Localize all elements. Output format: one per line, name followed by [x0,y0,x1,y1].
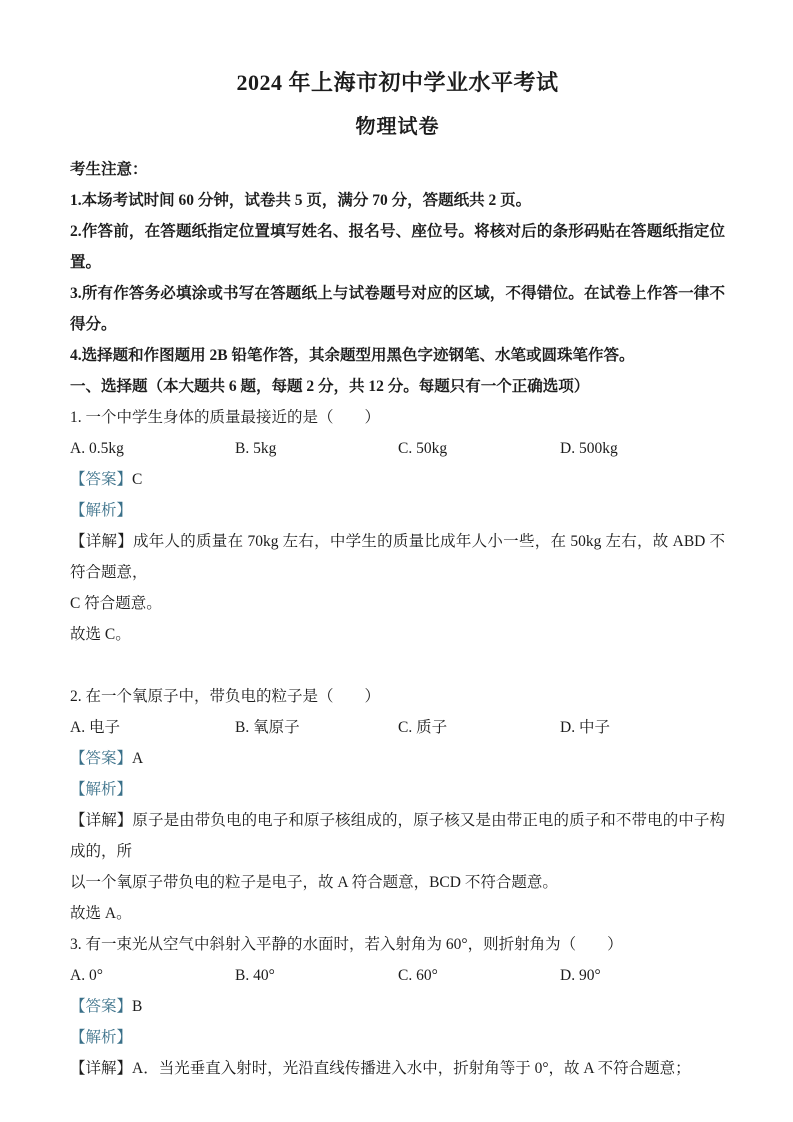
question-1-option-c: C. 50kg [398,433,560,464]
question-1-option-a: A. 0.5kg [70,433,235,464]
question-3-stem: 3. 有一束光从空气中斜射入平静的水面时，若入射角为 60°，则折射角为（ ） [70,929,725,960]
section-heading: 一、选择题（本大题共 6 题，每题 2 分，共 12 分。每题只有一个正确选项） [70,371,725,402]
question-2-explanation: 【详解】原子是由带负电的电子和原子核组成的，原子核又是由带正电的质子和不带电的中… [70,805,725,929]
question-2-option-c: C. 质子 [398,712,560,743]
explanation-line: 【详解】原子是由带负电的电子和原子核组成的，原子核又是由带正电的质子和不带电的中… [70,805,725,867]
explanation-line: 故选 A。 [70,898,725,929]
question-3-option-b: B. 40° [235,960,398,991]
analysis-label: 【解析】 [70,781,132,798]
question-3-option-c: C. 60° [398,960,560,991]
notice-item-2: 2.作答前，在答题纸指定位置填写姓名、报名号、座位号。将核对后的条形码贴在答题纸… [70,216,725,278]
question-3-answer-line: 【答案】B [70,991,725,1022]
page-title: 2024 年上海市初中学业水平考试 [70,68,725,98]
question-3-explanation: 【详解】A．当光垂直入射时，光沿直线传播进入水中，折射角等于 0°，故 A 不符… [70,1053,725,1084]
question-2-option-b: B. 氧原子 [235,712,398,743]
question-1-option-b: B. 5kg [235,433,398,464]
explanation-line: 【详解】成年人的质量在 70kg 左右，中学生的质量比成年人小一些，在 50kg… [70,526,725,588]
page-subtitle: 物理试卷 [70,112,725,142]
question-1-stem: 1. 一个中学生身体的质量最接近的是（ ） [70,402,725,433]
notice-section: 考生注意： 1.本场考试时间 60 分钟，试卷共 5 页，满分 70 分，答题纸… [70,154,725,371]
answer-label: 【答案】 [70,750,132,767]
question-1: 1. 一个中学生身体的质量最接近的是（ ） A. 0.5kg B. 5kg C.… [70,402,725,650]
question-3: 3. 有一束光从空气中斜射入平静的水面时，若入射角为 60°，则折射角为（ ） … [70,929,725,1084]
answer-label: 【答案】 [70,471,132,488]
question-2: 2. 在一个氧原子中，带负电的粒子是（ ） A. 电子 B. 氧原子 C. 质子… [70,681,725,929]
analysis-label: 【解析】 [70,502,132,519]
question-2-stem: 2. 在一个氧原子中，带负电的粒子是（ ） [70,681,725,712]
explanation-line: 故选 C。 [70,619,725,650]
exam-paper-page: 2024 年上海市初中学业水平考试 物理试卷 考生注意： 1.本场考试时间 60… [0,0,793,1122]
explanation-line: 以一个氧原子带负电的粒子是电子，故 A 符合题意，BCD 不符合题意。 [70,867,725,898]
analysis-label: 【解析】 [70,1029,132,1046]
question-2-option-d: D. 中子 [560,712,725,743]
question-2-answer-line: 【答案】A [70,743,725,774]
question-3-option-a: A. 0° [70,960,235,991]
question-2-answer-value: A [132,750,143,767]
notice-item-1: 1.本场考试时间 60 分钟，试卷共 5 页，满分 70 分，答题纸共 2 页。 [70,185,725,216]
notice-heading: 考生注意： [70,154,725,185]
explanation-line: 【详解】A．当光垂直入射时，光沿直线传播进入水中，折射角等于 0°，故 A 不符… [70,1053,725,1084]
question-1-answer-value: C [132,471,142,488]
question-2-options: A. 电子 B. 氧原子 C. 质子 D. 中子 [70,712,725,743]
question-3-options: A. 0° B. 40° C. 60° D. 90° [70,960,725,991]
notice-item-3: 3.所有作答务必填涂或书写在答题纸上与试卷题号对应的区域，不得错位。在试卷上作答… [70,278,725,340]
question-3-option-d: D. 90° [560,960,725,991]
answer-label: 【答案】 [70,998,132,1015]
question-2-analysis-line: 【解析】 [70,774,725,805]
question-1-options: A. 0.5kg B. 5kg C. 50kg D. 500kg [70,433,725,464]
question-3-analysis-line: 【解析】 [70,1022,725,1053]
question-3-answer-value: B [132,998,142,1015]
explanation-line: C 符合题意。 [70,588,725,619]
question-1-answer-line: 【答案】C [70,464,725,495]
question-1-analysis-line: 【解析】 [70,495,725,526]
question-2-option-a: A. 电子 [70,712,235,743]
notice-item-4: 4.选择题和作图题用 2B 铅笔作答，其余题型用黑色字迹钢笔、水笔或圆珠笔作答。 [70,340,725,371]
question-1-explanation: 【详解】成年人的质量在 70kg 左右，中学生的质量比成年人小一些，在 50kg… [70,526,725,650]
question-1-option-d: D. 500kg [560,433,725,464]
